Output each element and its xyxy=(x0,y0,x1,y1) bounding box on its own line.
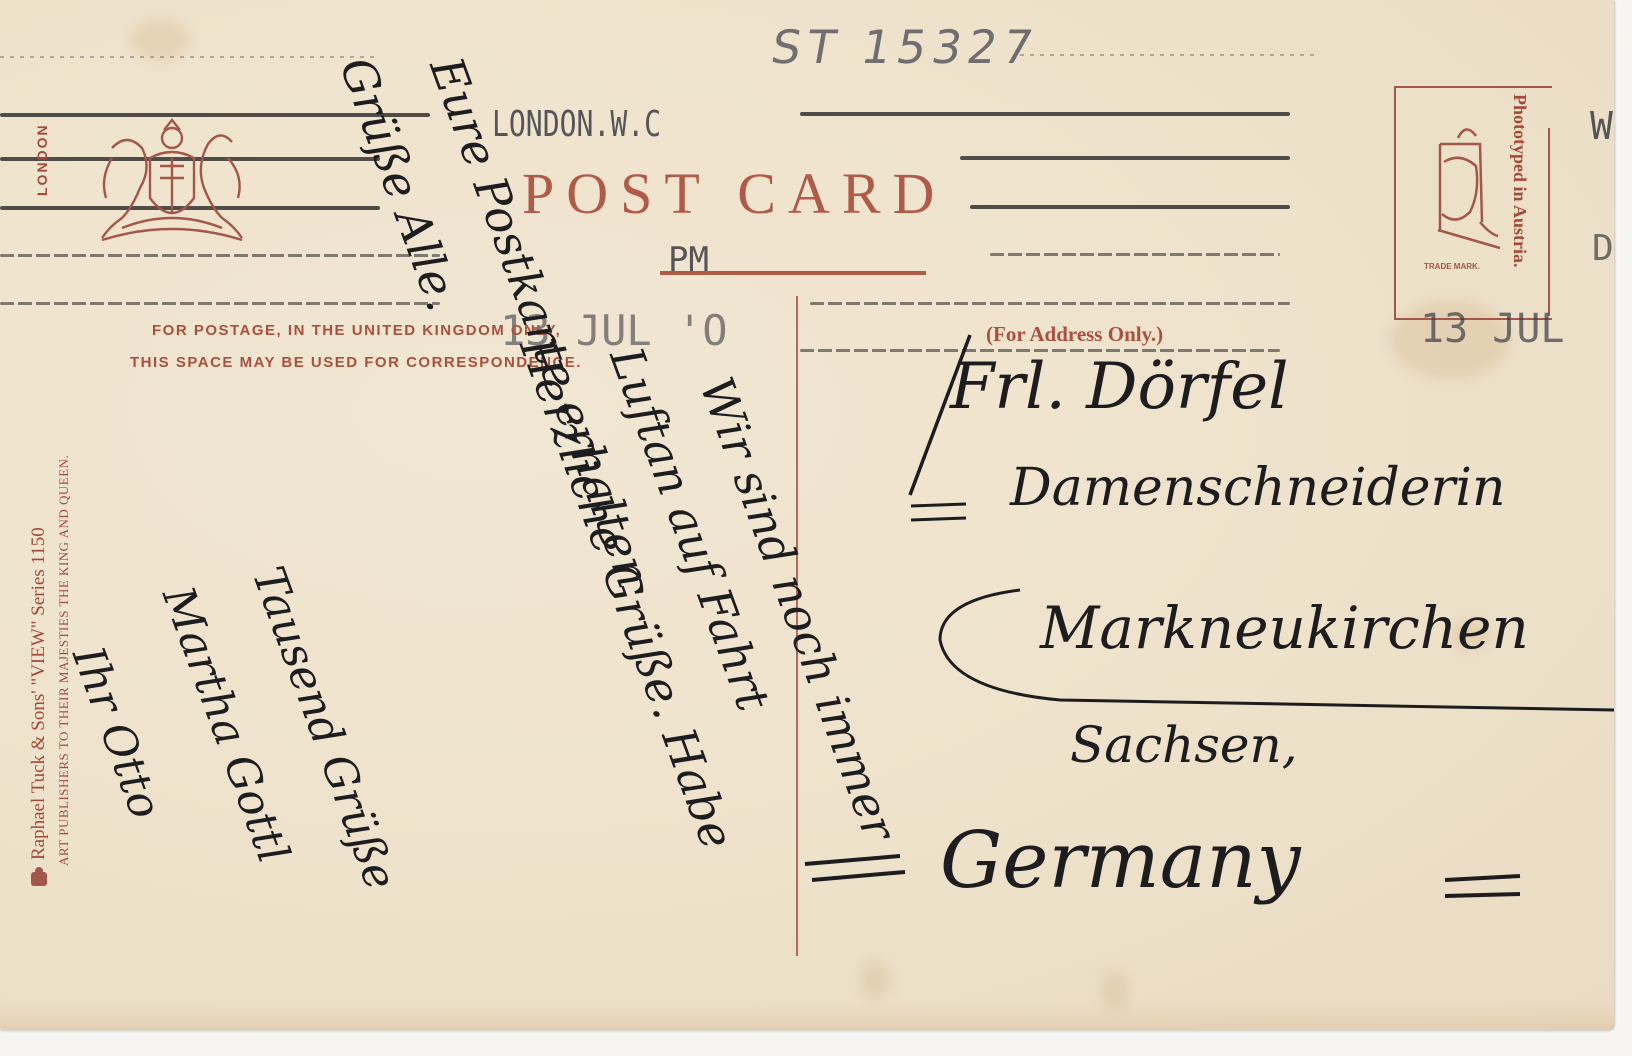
royal-coat-of-arms-icon xyxy=(92,118,252,250)
cancel-line xyxy=(810,302,1290,305)
postcard: ST 15327 POST CARD LONDON.W.C PM 13 JUL xyxy=(0,0,1614,1030)
message-line8: Ihr Otto xyxy=(62,640,171,825)
postmark-fragment-w: W xyxy=(1590,104,1613,148)
postmark-date-right: 13 JUL xyxy=(1420,306,1565,352)
double-dash-flourish xyxy=(800,850,910,890)
cancel-line xyxy=(0,254,440,257)
double-dash-flourish xyxy=(906,498,976,528)
stamp-box-text: Phototyped in Austria. xyxy=(1509,94,1530,268)
cancel-line xyxy=(800,112,1290,116)
stain xyxy=(1100,970,1130,1010)
postmark-city: LONDON.W.C xyxy=(492,104,661,145)
address-line2: Damenschneiderin xyxy=(1010,458,1506,518)
address-underline-flourish xyxy=(900,560,1614,760)
tuck-easel-trademark-icon xyxy=(1420,122,1510,262)
cancel-line xyxy=(960,156,1290,160)
cancel-line xyxy=(970,205,1290,209)
cancel-line xyxy=(0,302,440,305)
cancel-line xyxy=(990,253,1280,256)
stain xyxy=(860,960,890,1000)
postmark-fragment-d: D xyxy=(1592,228,1614,269)
stain xyxy=(130,20,190,60)
trademark-caption: TRADE MARK. xyxy=(1424,262,1480,271)
card-title: POST CARD xyxy=(522,160,946,227)
inventory-number: ST 15327 xyxy=(767,20,1043,74)
tuck-crest-icon xyxy=(28,866,50,890)
publisher-line1: Raphael Tuck & Sons' "VIEW" Series 1150 xyxy=(28,527,50,860)
address-pen-stroke xyxy=(900,330,980,500)
postage-instruction-line1: FOR POSTAGE, IN THE UNITED KINGDOM ONLY, xyxy=(152,322,561,339)
address-line5: Germany xyxy=(940,816,1301,906)
postmark-time: PM xyxy=(668,240,709,280)
double-dash-flourish xyxy=(1440,868,1530,908)
address-line1: Frl. Dörfel xyxy=(950,350,1289,424)
address-label: (For Address Only.) xyxy=(986,322,1163,347)
publisher-city: LONDON xyxy=(34,123,50,196)
